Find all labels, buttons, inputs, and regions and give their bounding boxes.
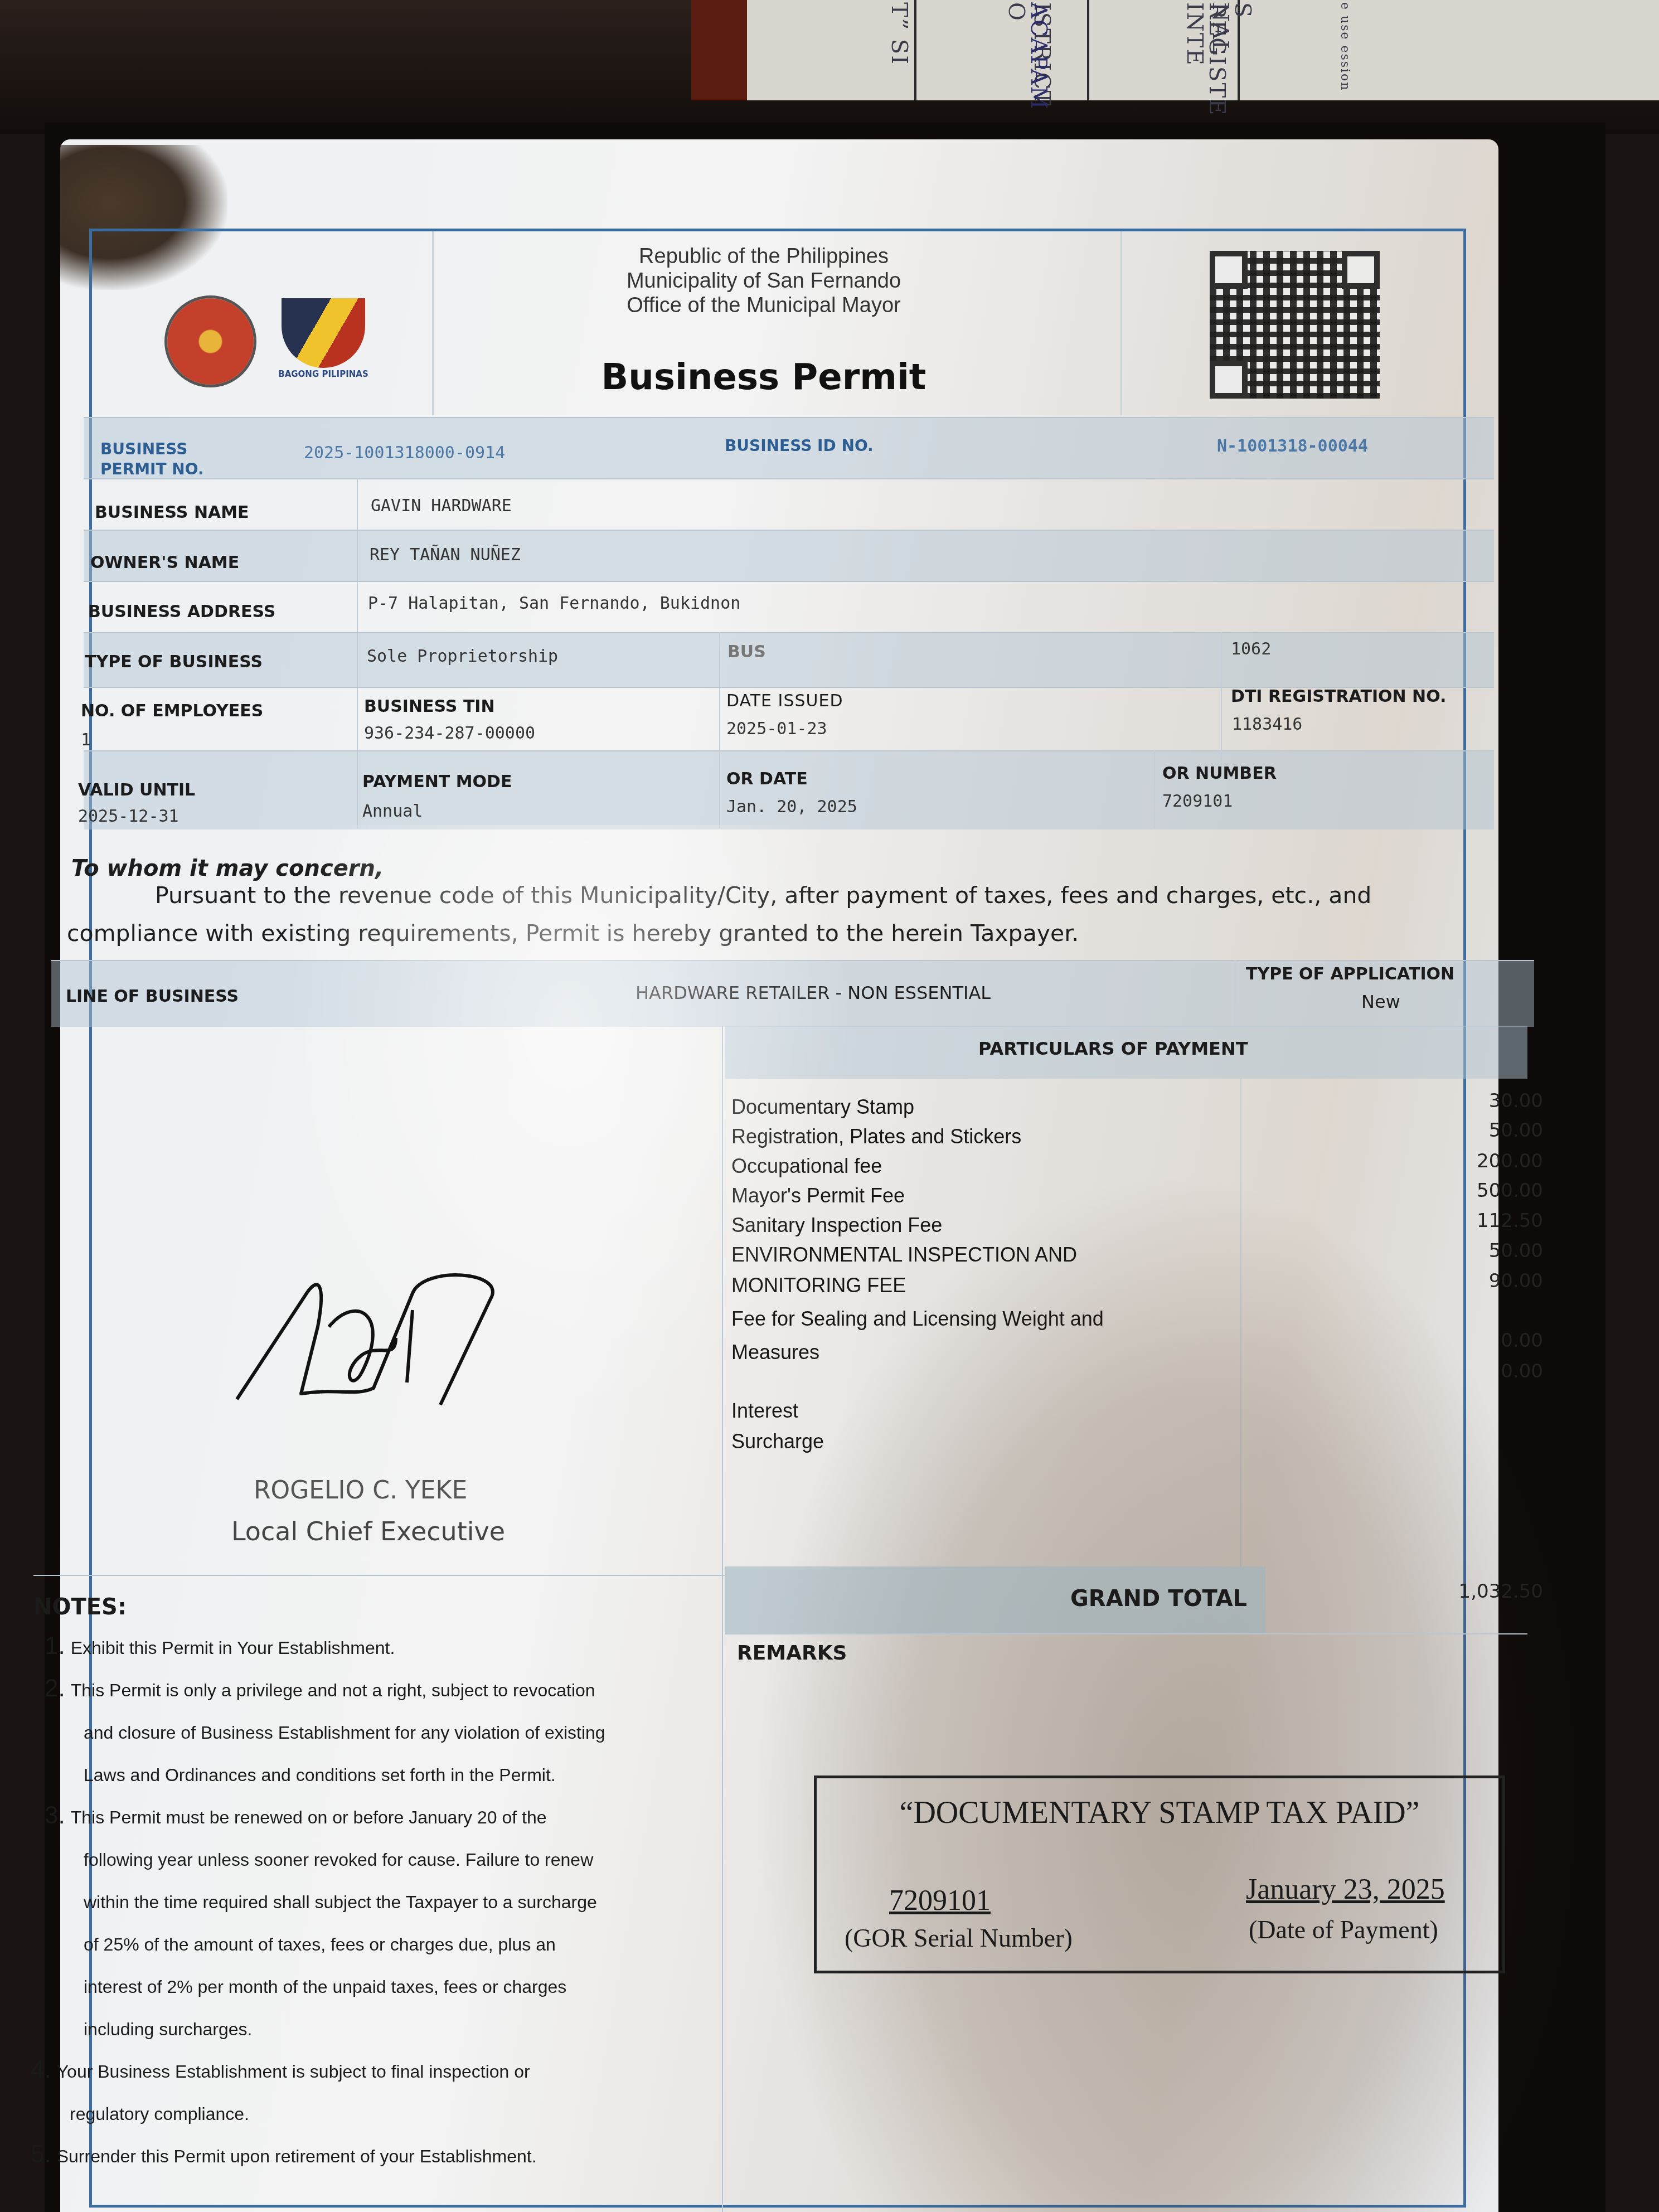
business-name-label: BUSINESS NAME (95, 503, 249, 522)
stamp-title: “DOCUMENTARY STAMP TAX PAID” (817, 1795, 1502, 1831)
note-text: following year unless sooner revoked for… (84, 1850, 593, 1870)
payment-item-amount: 50.00 (1489, 1240, 1543, 1262)
payment-item-label: Registration, Plates and Stickers (731, 1125, 1021, 1148)
payment-mode-label: PAYMENT MODE (362, 772, 512, 792)
line-of-business-label: LINE OF BUSINESS (66, 987, 239, 1006)
gor-serial-number: 7209101 (889, 1884, 991, 1917)
obscured-value: 1062 (1231, 639, 1271, 659)
note-item: 5.Surrender this Permit upon retirement … (31, 2133, 537, 2177)
permit-number-value: 2025-1001318000-0914 (304, 443, 505, 463)
note-text: interest of 2% per month of the unpaid t… (84, 1977, 566, 1997)
valid-until-value: 2025-12-31 (78, 807, 179, 826)
note-number: 5. (31, 2141, 51, 2168)
note-number: 4. (31, 2056, 51, 2083)
business-id-value: N-1001318-00044 (1217, 436, 1368, 456)
note-number: 1. (45, 1632, 65, 1660)
background-red-object (691, 0, 747, 100)
note-item: 2.This Permit is only a privilege and no… (45, 1667, 605, 1796)
owner-label: OWNER'S NAME (90, 553, 239, 573)
valid-until-label: VALID UNTIL (78, 780, 195, 800)
payment-item-label: Fee for Sealing and Licensing Weight and (731, 1307, 1104, 1331)
employees-label: NO. OF EMPLOYEES (81, 701, 263, 721)
payment-item-amount: 0.00 (1501, 1360, 1543, 1382)
business-type-value: Sole Proprietorship (367, 647, 558, 666)
date-issued-value: 2025-01-23 (726, 719, 827, 739)
address-label: BUSINESS ADDRESS (88, 602, 275, 622)
signatory-name: ROGELIO C. YEKE (254, 1476, 467, 1505)
payment-item-amount: 90.00 (1489, 1270, 1543, 1292)
payment-item-amount: 200.00 (1477, 1150, 1543, 1172)
address-row (84, 581, 1494, 632)
permit-number-label: BUSINESS PERMIT NO. (100, 439, 223, 479)
qr-code-icon (1210, 251, 1380, 399)
dti-value: 1183416 (1232, 715, 1302, 734)
date-issued-label: DATE ISSUED (726, 691, 843, 711)
government-heading: Republic of the Philippines Municipality… (535, 244, 992, 318)
business-type-row (84, 632, 1494, 687)
validity-row (84, 750, 1494, 829)
signature-icon (229, 1260, 518, 1438)
payment-item-label: ENVIRONMENTAL INSPECTION AND (731, 1243, 1077, 1267)
page-title: Business Permit (535, 357, 992, 398)
note-text: regulatory compliance. (70, 2104, 249, 2124)
payment-item-label: Occupational fee (731, 1154, 882, 1178)
documentary-stamp-box: “DOCUMENTARY STAMP TAX PAID” 7209101 (GO… (814, 1776, 1505, 1973)
municipal-seal-icon (164, 295, 256, 387)
or-date-value: Jan. 20, 2025 (726, 797, 857, 817)
note-text: Laws and Ordinances and conditions set f… (84, 1765, 556, 1785)
note-text: of 25% of the amount of taxes, fees or c… (84, 1934, 556, 1954)
letter-body-line-1: Pursuant to the revenue code of this Mun… (155, 882, 1371, 909)
payment-item-amount: 500.00 (1477, 1180, 1543, 1202)
paper-fragment: e use ession (1338, 2, 1352, 91)
remarks-label: REMARKS (737, 1642, 847, 1665)
note-item: 4.Your Business Establishment is subject… (31, 2049, 530, 2135)
tin-value: 936-234-287-00000 (364, 724, 535, 743)
payment-header: PARTICULARS OF PAYMENT (978, 1038, 1248, 1059)
payment-item-amount: 112.50 (1477, 1210, 1543, 1232)
note-item: 3.This Permit must be renewed on or befo… (45, 1794, 597, 2050)
payment-item-label: MONITORING FEE (731, 1274, 906, 1297)
payment-item-amount: 30.00 (1489, 1090, 1543, 1112)
note-text: and closure of Business Establishment fo… (84, 1723, 605, 1743)
signatory-title: Local Chief Executive (231, 1516, 505, 1546)
note-text: Surrender this Permit upon retirement of… (57, 2146, 537, 2166)
background-papers: T” SI ISTRICT O ACAPAM NAL INTE S REGIST… (747, 0, 1659, 100)
obscured-label: BUS (727, 642, 766, 662)
grand-total-value: 1,032.50 (1459, 1580, 1543, 1603)
note-text: including surcharges. (84, 2019, 252, 2039)
note-text: Your Business Establishment is subject t… (57, 2061, 530, 2082)
note-item: 1.Exhibit this Permit in Your Establishm… (45, 1625, 395, 1669)
payment-item-amount: 0.00 (1501, 1330, 1543, 1352)
payment-item-label: Measures (731, 1341, 819, 1364)
payment-item-label: Sanitary Inspection Fee (731, 1214, 942, 1237)
payment-item-label: Mayor's Permit Fee (731, 1184, 905, 1207)
gor-serial-caption: (GOR Serial Number) (845, 1923, 1073, 1953)
business-type-label: TYPE OF BUSINESS (85, 652, 263, 672)
note-text: within the time required shall subject t… (84, 1892, 597, 1912)
or-date-label: OR DATE (726, 769, 808, 789)
note-text: Exhibit this Permit in Your Establishmen… (71, 1638, 395, 1658)
payment-item-label: Interest (731, 1399, 798, 1423)
letter-body-line-2: compliance with existing requirements, P… (67, 920, 1079, 947)
payment-mode-value: Annual (362, 802, 423, 821)
application-type-label: TYPE OF APPLICATION (1246, 964, 1454, 984)
payment-item-label: Surcharge (731, 1430, 824, 1453)
line-of-business-value: HARDWARE RETAILER - NON ESSENTIAL (636, 982, 991, 1003)
owner-value: REY TAÑAN NUÑEZ (370, 545, 521, 565)
address-value: P-7 Halapitan, San Fernando, Bukidnon (368, 594, 740, 613)
paper-fragment: ACAPAM (1026, 2, 1051, 110)
or-number-value: 7209101 (1162, 792, 1233, 811)
note-text: This Permit is only a privilege and not … (71, 1680, 595, 1700)
payment-date-caption: (Date of Payment) (1249, 1915, 1438, 1944)
payment-item-label: Documentary Stamp (731, 1095, 914, 1119)
paper-fragment: T” SI (886, 2, 912, 65)
notes-heading: NOTES: (33, 1594, 127, 1620)
tin-label: BUSINESS TIN (364, 697, 495, 716)
employees-value: 1 (81, 730, 91, 750)
business-id-label: BUSINESS ID NO. (725, 436, 874, 455)
paper-fragment: S REGISTE (1204, 2, 1255, 116)
note-number: 2. (45, 1675, 65, 1702)
salutation: To whom it may concern, (71, 856, 384, 881)
dti-label: DTI REGISTRATION NO. (1231, 687, 1446, 706)
grand-total-label: GRAND TOTAL (1070, 1586, 1247, 1612)
note-text: This Permit must be renewed on or before… (71, 1807, 547, 1827)
business-name-value: GAVIN HARDWARE (371, 496, 512, 516)
payment-date: January 23, 2025 (1246, 1873, 1445, 1906)
payment-item-amount: 50.00 (1489, 1119, 1543, 1142)
note-number: 3. (45, 1802, 65, 1829)
or-number-label: OR NUMBER (1162, 764, 1277, 783)
business-name-row (84, 478, 1494, 530)
owner-row (84, 530, 1494, 581)
application-type-value: New (1361, 991, 1400, 1012)
logo-caption: BAGONG PILIPINAS (268, 369, 379, 379)
